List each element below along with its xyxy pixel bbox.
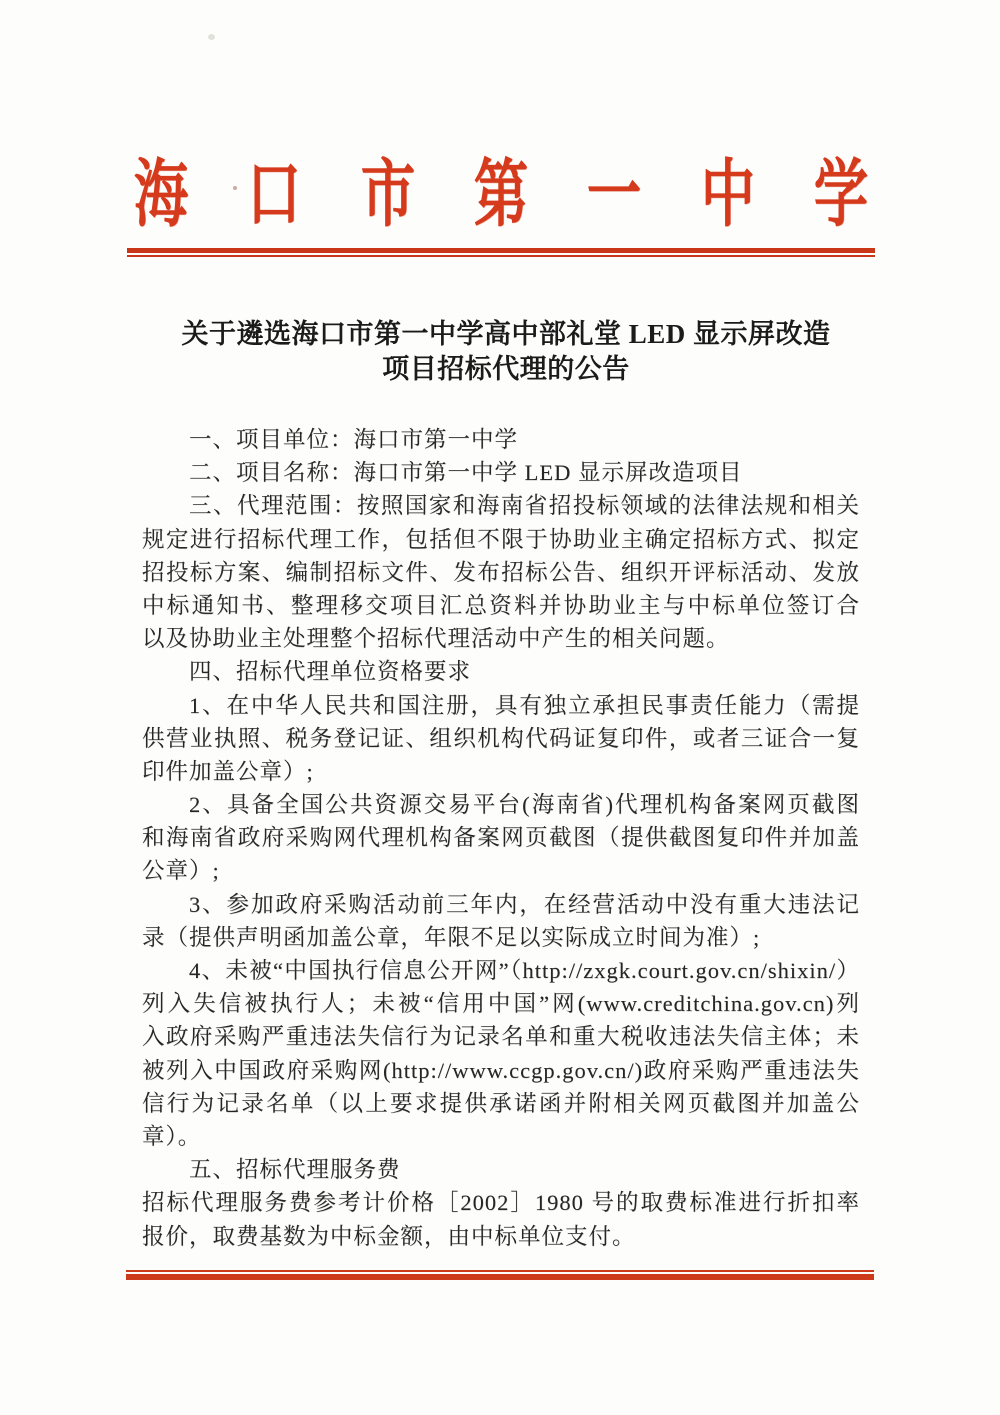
text-line: 和海南省政府采购网代理机构备案网页截图（提供截图复印件并加盖 — [142, 821, 860, 854]
footer-divider — [126, 1270, 874, 1280]
letterhead-character: 一 — [587, 153, 641, 235]
letterhead-character: 第 — [474, 153, 528, 235]
text-line: 录（提供声明函加盖公章，年限不足以实际成立时间为准）; — [142, 921, 860, 954]
text-line: 招标代理服务费参考计价格［2002］1980 号的取费标准进行折扣率 — [142, 1186, 860, 1219]
document-title-line1: 关于遴选海口市第一中学高中部礼堂 LED 显示屏改造 — [6, 317, 1000, 352]
document-body: 一、项目单位：海口市第一中学二、项目名称：海口市第一中学 LED 显示屏改造项目… — [142, 423, 860, 1253]
text-line: 供营业执照、税务登记证、组织机构代码证复印件，或者三证合一复 — [142, 722, 860, 755]
divider-thick-line — [126, 1274, 874, 1280]
text-line: 二、项目名称：海口市第一中学 LED 显示屏改造项目 — [142, 456, 860, 489]
text-line: 列入失信被执行人；未被“信用中国”网(www.creditchina.gov.c… — [142, 987, 860, 1020]
text-line: 信行为记录名单（以上要求提供承诺函并附相关网页截图并加盖公 — [142, 1087, 860, 1120]
school-letterhead: 海口市第一中学 — [127, 156, 875, 236]
text-line: 章）。 — [142, 1120, 860, 1153]
letterhead-character: 海 — [134, 153, 188, 235]
text-line: 2、具备全国公共资源交易平台(海南省)代理机构备案网页截图 — [142, 788, 860, 821]
document-title: 关于遴选海口市第一中学高中部礼堂 LED 显示屏改造 项目招标代理的公告 — [6, 317, 1000, 387]
text-line: 公章）; — [142, 854, 860, 887]
text-line: 被列入中国政府采购网(http://www.ccgp.gov.cn/)政府采购严… — [142, 1054, 860, 1087]
text-line: 中标通知书、整理移交项目汇总资料并协助业主与中标单位签订合同， — [142, 589, 860, 622]
scanned-document-page: 海口市第一中学 关于遴选海口市第一中学高中部礼堂 LED 显示屏改造 项目招标代… — [0, 0, 1000, 1415]
divider-thin-line — [126, 1270, 874, 1272]
divider-thin-line — [127, 255, 875, 257]
letterhead-character: 中 — [700, 153, 754, 235]
text-line: 一、项目单位：海口市第一中学 — [142, 423, 860, 456]
text-line: 1、在中华人民共和国注册，具有独立承担民事责任能力（需提 — [142, 689, 860, 722]
document-title-line2: 项目招标代理的公告 — [6, 352, 1000, 387]
text-line: 4、未被“中国执行信息公开网”（http://zxgk.court.gov.cn… — [142, 954, 860, 987]
text-line: 3、参加政府采购活动前三年内，在经营活动中没有重大违法记 — [142, 888, 860, 921]
text-line: 入政府采购严重违法失信行为记录名单和重大税收违法失信主体；未 — [142, 1020, 860, 1053]
text-line: 四、招标代理单位资格要求 — [142, 655, 860, 688]
letterhead-character: 学 — [814, 153, 868, 235]
letterhead-character: 口 — [247, 153, 301, 235]
text-line: 招投标方案、编制招标文件、发布招标公告、组织开评标活动、发放 — [142, 556, 860, 589]
letterhead-character: 市 — [360, 153, 414, 235]
scan-artifact-dot — [208, 34, 215, 40]
divider-thick-line — [127, 248, 875, 253]
letterhead-divider — [127, 248, 875, 257]
text-line: 印件加盖公章）; — [142, 755, 860, 788]
text-line: 规定进行招标代理工作，包括但不限于协助业主确定招标方式、拟定 — [142, 523, 860, 556]
text-line: 报价，取费基数为中标金额，由中标单位支付。 — [142, 1220, 860, 1253]
text-line: 三、代理范围：按照国家和海南省招投标领域的法律法规和相关 — [142, 489, 860, 522]
text-line: 以及协助业主处理整个招标代理活动中产生的相关问题。 — [142, 622, 860, 655]
text-line: 五、招标代理服务费 — [142, 1153, 860, 1186]
